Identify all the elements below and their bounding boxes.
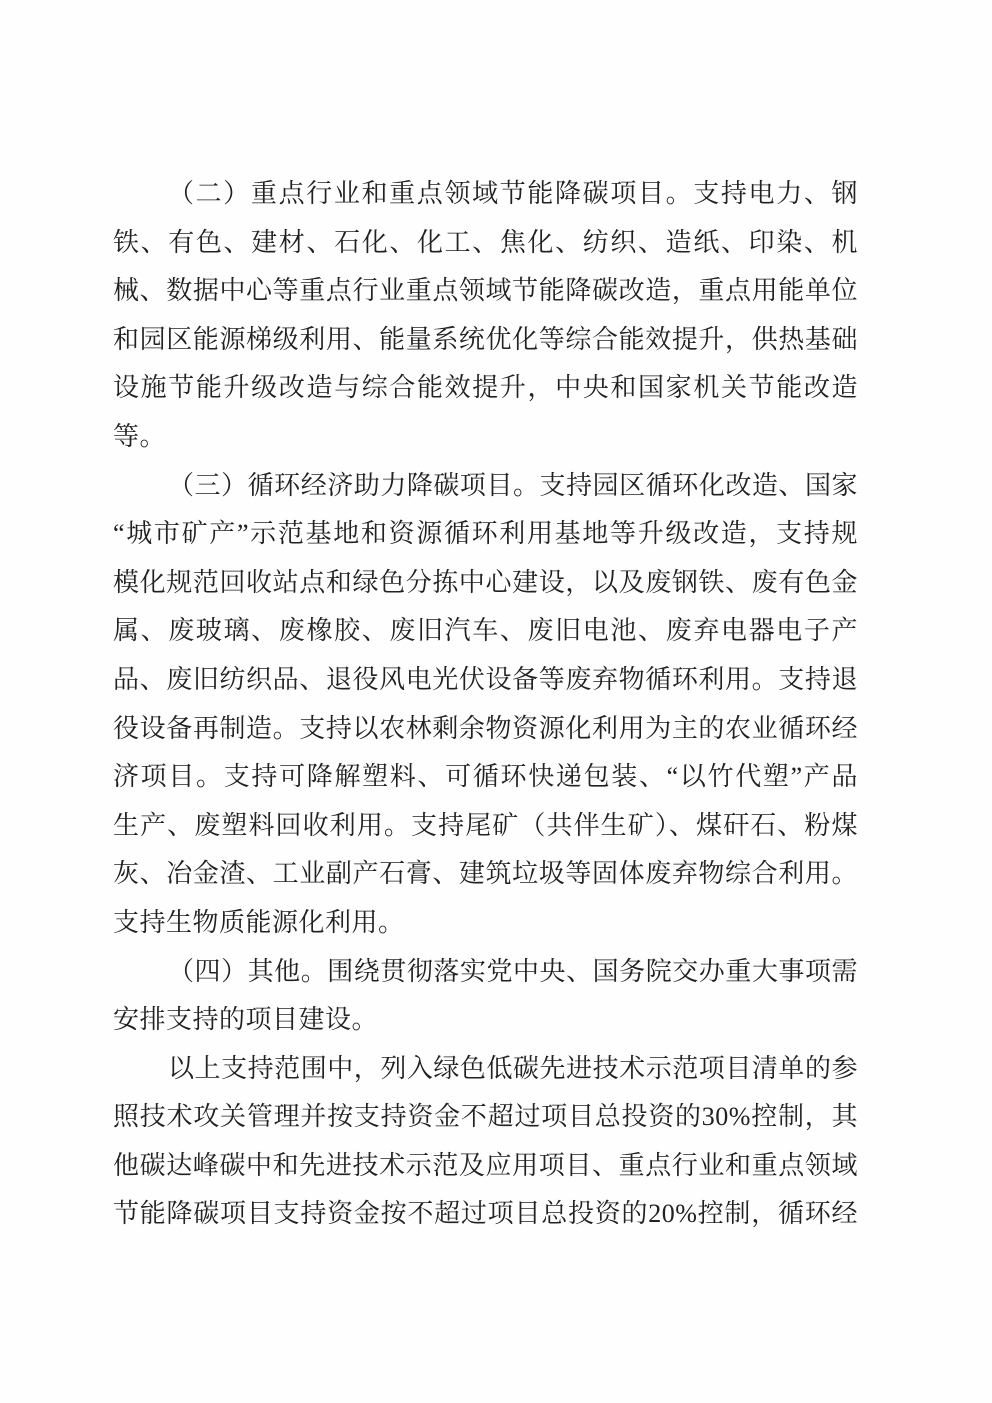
text-line: 安排支持的项目建设。 xyxy=(113,996,858,1045)
text-line: 等。 xyxy=(113,413,858,462)
text-line: 济项目。支持可降解塑料、可循环快递包装、“以竹代塑”产品 xyxy=(113,753,858,802)
text-line: 节能降碳项目支持资金按不超过项目总投资的20%控制，循环经 xyxy=(113,1190,858,1239)
text-line: 他碳达峰碳中和先进技术示范及应用项目、重点行业和重点领域 xyxy=(113,1142,858,1191)
document-page: （二）重点行业和重点领域节能降碳项目。支持电力、钢铁、有色、建材、石化、化工、焦… xyxy=(0,0,992,1403)
text-line: 和园区能源梯级利用、能量系统优化等综合能效提升，供热基础 xyxy=(113,316,858,365)
text-line: 灰、冶金渣、工业副产石膏、建筑垃圾等固体废弃物综合利用。 xyxy=(113,850,858,899)
text-line: 设施节能升级改造与综合能效提升，中央和国家机关节能改造 xyxy=(113,364,858,413)
paragraph-3-circular-economy: （三）循环经济助力降碳项目。支持园区循环化改造、国家“城市矿产”示范基地和资源循… xyxy=(113,462,858,948)
text-line: （二）重点行业和重点领域节能降碳项目。支持电力、钢 xyxy=(113,170,858,219)
text-line: 支持生物质能源化利用。 xyxy=(113,899,858,948)
paragraph-4-others: （四）其他。围绕贯彻落实党中央、国务院交办重大事项需安排支持的项目建设。 xyxy=(113,948,858,1045)
text-line: （四）其他。围绕贯彻落实党中央、国务院交办重大事项需 xyxy=(113,948,858,997)
text-line: 模化规范回收站点和绿色分拣中心建设，以及废钢铁、废有色金 xyxy=(113,559,858,608)
text-line: 生产、废塑料回收利用。支持尾矿（共伴生矿）、煤矸石、粉煤 xyxy=(113,802,858,851)
text-line: 铁、有色、建材、石化、化工、焦化、纺织、造纸、印染、机 xyxy=(113,219,858,268)
text-line: 照技术攻关管理并按支持资金不超过项目总投资的30%控制，其 xyxy=(113,1093,858,1142)
text-line: 役设备再制造。支持以农林剩余物资源化利用为主的农业循环经 xyxy=(113,705,858,754)
text-line: （三）循环经济助力降碳项目。支持园区循环化改造、国家 xyxy=(113,462,858,511)
text-line: “城市矿产”示范基地和资源循环利用基地等升级改造，支持规 xyxy=(113,510,858,559)
paragraph-5-funding-ratio-caps: 以上支持范围中，列入绿色低碳先进技术示范项目清单的参照技术攻关管理并按支持资金不… xyxy=(113,1045,858,1239)
document-text-block: （二）重点行业和重点领域节能降碳项目。支持电力、钢铁、有色、建材、石化、化工、焦… xyxy=(113,170,858,1239)
paragraph-2-key-industry-energy-saving: （二）重点行业和重点领域节能降碳项目。支持电力、钢铁、有色、建材、石化、化工、焦… xyxy=(113,170,858,462)
text-line: 以上支持范围中，列入绿色低碳先进技术示范项目清单的参 xyxy=(113,1045,858,1094)
text-line: 品、废旧纺织品、退役风电光伏设备等废弃物循环利用。支持退 xyxy=(113,656,858,705)
text-line: 械、数据中心等重点行业重点领域节能降碳改造，重点用能单位 xyxy=(113,267,858,316)
text-line: 属、废玻璃、废橡胶、废旧汽车、废旧电池、废弃电器电子产 xyxy=(113,607,858,656)
